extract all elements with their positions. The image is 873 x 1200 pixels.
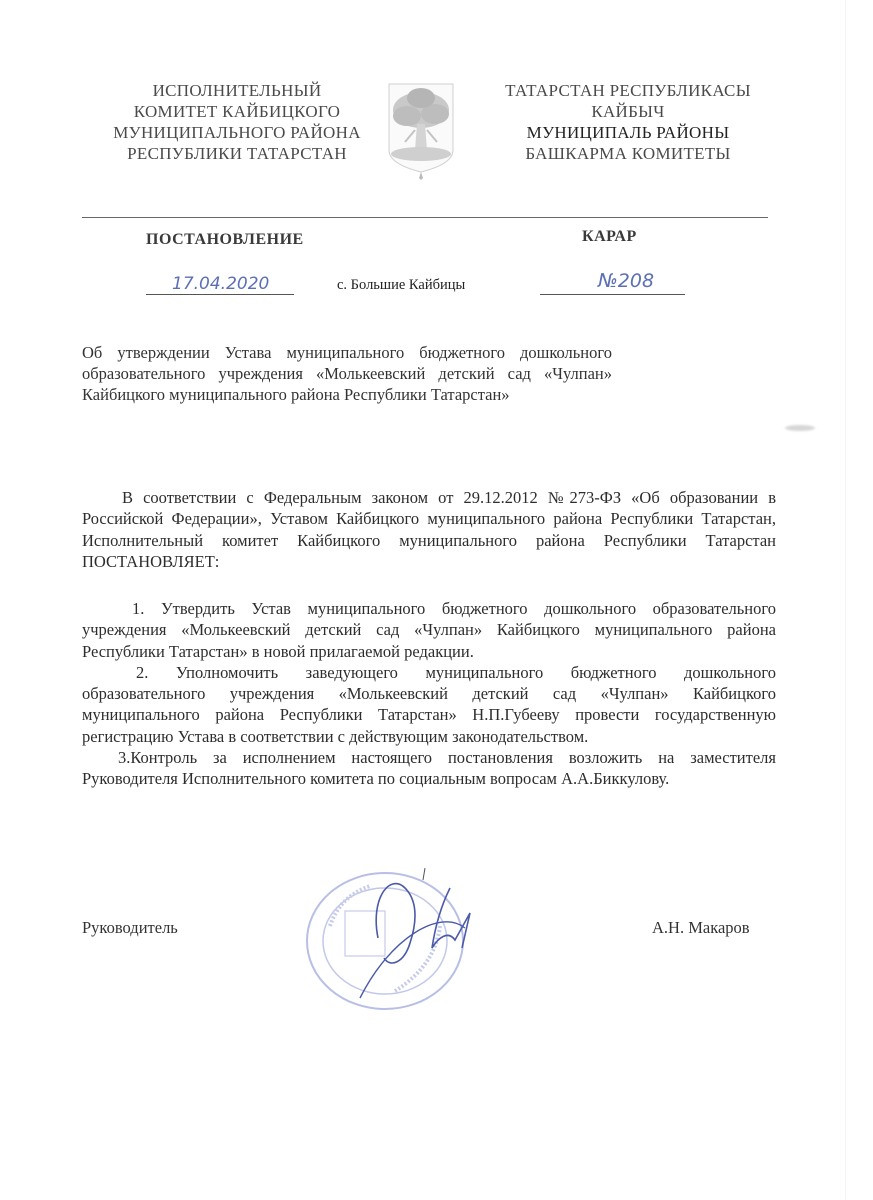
- resolution-item-1: 1. Утвердить Устав муниципального бюджет…: [82, 598, 776, 662]
- header-left-block: ИСПОЛНИТЕЛЬНЫЙ КОМИТЕТ КАЙБИЦКОГО МУНИЦИ…: [92, 80, 382, 164]
- handwritten-signature: [330, 868, 500, 1008]
- preamble-text: В соответствии с Федеральным законом от …: [82, 487, 776, 572]
- doc-type-right: КАРАР: [582, 228, 637, 246]
- preamble-block: В соответствии с Федеральным законом от …: [82, 487, 776, 572]
- tree-coat-of-arms-icon: [385, 80, 457, 176]
- place-label: с. Большие Кайбицы: [337, 277, 465, 294]
- header-right-line: КАЙБЫЧ: [478, 101, 778, 122]
- header-left-line: КОМИТЕТ КАЙБИЦКОГО: [92, 101, 382, 122]
- scan-smudge: [785, 425, 815, 431]
- header-right-block: ТАТАРСТАН РЕСПУБЛИКАСЫ КАЙБЫЧ МУНИЦИПАЛЬ…: [478, 80, 778, 164]
- header-left-line: ИСПОЛНИТЕЛЬНЫЙ: [92, 80, 382, 101]
- handwritten-number: №208: [598, 270, 654, 292]
- document-subject: Об утверждении Устава муниципального бюд…: [82, 342, 612, 405]
- header-divider: [82, 217, 768, 218]
- scan-edge-line: [845, 0, 846, 1200]
- header-right-line: БАШКАРМА КОМИТЕТЫ: [478, 143, 778, 164]
- header-left-line: МУНИЦИПАЛЬНОГО РАЙОНА: [92, 122, 382, 143]
- resolution-item-2: 2. Уполномочить заведующего муниципально…: [82, 662, 776, 747]
- resolution-items: 1. Утвердить Устав муниципального бюджет…: [82, 598, 776, 790]
- header-left-line: РЕСПУБЛИКИ ТАТАРСТАН: [92, 143, 382, 164]
- handwritten-date: 17.04.2020: [172, 274, 269, 294]
- header-right-line: ТАТАРСТАН РЕСПУБЛИКАСЫ: [478, 80, 778, 101]
- resolution-item-3: 3.Контроль за исполнением настоящего пос…: [82, 747, 776, 790]
- header-right-line: МУНИЦИПАЛЬ РАЙОНЫ: [478, 122, 778, 143]
- signatory-role: Руководитель: [82, 918, 178, 938]
- date-field: 17.04.2020: [146, 278, 294, 295]
- number-field: №208: [540, 278, 685, 295]
- doc-type-left: ПОСТАНОВЛЕНИЕ: [146, 231, 304, 249]
- signatory-name: А.Н. Макаров: [652, 918, 750, 938]
